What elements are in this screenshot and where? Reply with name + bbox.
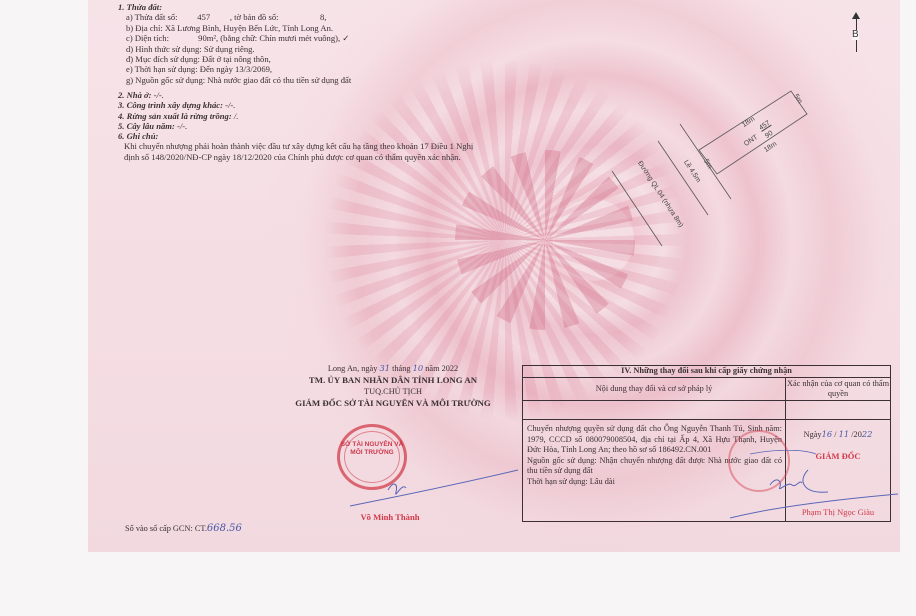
usage-origin: Nhà nước giao đất có thu tiền sử dụng đấ… [207,75,351,85]
change-confirmation: Ngày16 / 11 /2022 GIÁM ĐỐC Phạm Thị Ngọc… [786,420,891,522]
usage-purpose-row: đ) Mục đích sử dụng: Đất ở tại nông thôn… [118,54,351,64]
map-sheet: 8, [320,12,326,22]
area: 90m², (bằng chữ: Chín mươi mét vuông), ✓ [198,33,349,43]
section-heading: 1. Thửa đất: [118,2,351,12]
north-label: B [852,30,859,40]
issue-month: 10 [413,363,424,373]
area-row: c) Diện tích: 90m², (bằng chữ: Chín mươi… [118,33,351,43]
confirmation-signer: Phạm Thị Ngọc Giàu [786,507,890,518]
notes-heading: 6. Ghi chú: [118,131,489,141]
confirmation-role: GIÁM ĐỐC [786,451,890,462]
lot-number: 457 [180,12,228,22]
notes-text: Khi chuyển nhượng phải hoàn thành việc đ… [118,141,489,162]
perennial-trees-row: 5. Cây lâu năm: -/-. [118,121,489,131]
lot-number-row: a) Thửa đất số: 457 , tờ bản đồ số: 8, [118,12,351,22]
registry-number-value: 668.56 [207,523,242,534]
signature-stroke [330,468,520,508]
address: Xã Lương Bình, Huyện Bến Lức, Tỉnh Long … [165,23,333,33]
confirmation-date: Ngày16 / 11 /2022 [786,429,890,441]
column-header-content: Nội dung thay đổi và cơ sở pháp lý [523,378,786,401]
change-content: Chuyển nhượng quyền sử dụng đất cho Ông … [523,420,786,522]
usage-form-row: d) Hình thức sử dụng: Sử dụng riêng. [118,44,351,54]
house-row: 2. Nhà ở: -/-. [118,90,489,100]
changes-table-title: IV. Những thay đổi sau khi cấp giấy chứn… [523,366,891,378]
authorization: TUQ.CHỦ TỊCH [258,386,528,398]
new-usage-origin: Nguồn gốc sử dụng: Nhận chuyển nhượng đấ… [527,456,782,477]
address-row: b) Địa chỉ: Xã Lương Bình, Huyện Bến Lức… [118,23,351,33]
new-usage-term: Thời hạn sử dụng: Lâu dài [527,477,782,488]
usage-purpose: Đất ở tại nông thôn, [202,54,271,64]
usage-term-row: e) Thời hạn sử dụng: Đến ngày 13/3/2069, [118,64,351,74]
column-header-confirm: Xác nhận của cơ quan có thẩm quyền [786,378,891,401]
signer-name: Võ Minh Thành [345,512,435,522]
usage-origin-row: g) Nguồn gốc sử dụng: Nhà nước giao đất … [118,75,351,85]
issuer-signature-block: Long An, ngày 31 tháng 10 năm 2022 TM. Ủ… [258,363,528,409]
other-construction-row: 3. Công trình xây dựng khác: -/-. [118,100,489,110]
plot-diagram: 18m 18m 5m 5m ONT 457 90 Lề 4,5m Đường Q… [600,80,820,250]
issue-date: Long An, ngày 31 tháng 10 năm 2022 [258,363,528,375]
transfer-details: Chuyển nhượng quyền sử dụng đất cho Ông … [527,424,782,456]
issue-day: 31 [379,363,390,373]
usage-term: Đến ngày 13/3/2069, [200,64,272,74]
issuing-authority: TM. ỦY BAN NHÂN DÂN TỈNH LONG AN [258,375,528,387]
table-row-empty [523,401,891,420]
planted-forest-row: 4. Rừng sản xuất là rừng trồng: /. [118,111,489,121]
changes-table: IV. Những thay đổi sau khi cấp giấy chứn… [522,365,891,522]
section-assets: 2. Nhà ở: -/-. 3. Công trình xây dựng kh… [118,90,489,162]
signer-title: GIÁM ĐỐC SỞ TÀI NGUYÊN VÀ MÔI TRƯỜNG [258,398,528,410]
usage-form: Sử dụng riêng. [204,44,255,54]
table-row: Chuyển nhượng quyền sử dụng đất cho Ông … [523,420,891,522]
registry-number: Số vào sổ cấp GCN: CT.668.56 [125,523,242,534]
section-land-parcel: 1. Thửa đất: a) Thửa đất số: 457 , tờ bả… [118,2,351,85]
arrow-up-icon [852,12,860,19]
north-arrow: B [852,12,862,52]
